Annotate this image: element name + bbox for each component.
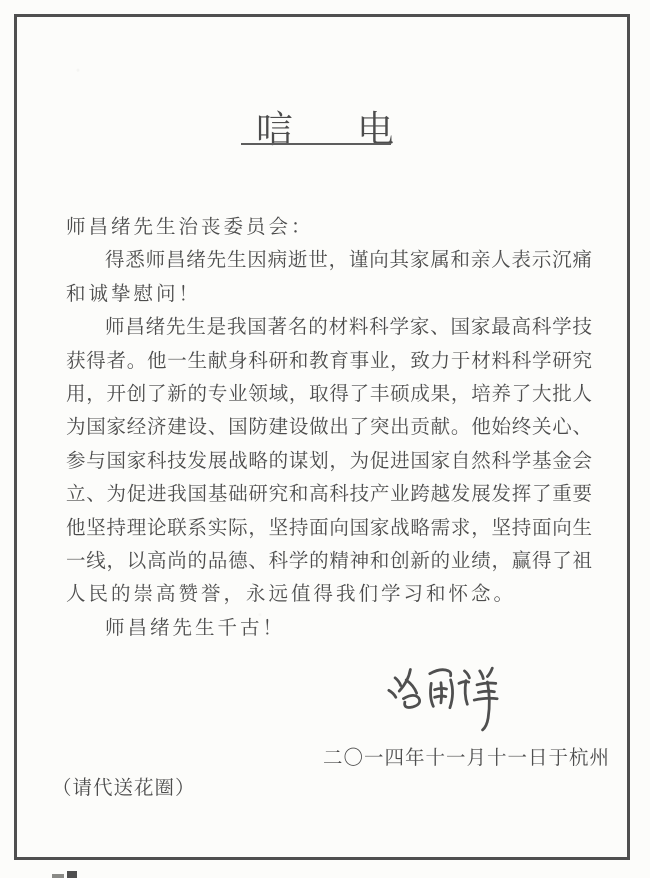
title-underline — [241, 143, 391, 145]
memorial-line: 师昌绪先生千古！ — [66, 612, 592, 645]
body-line: 参与国家科技发展战略的谋划，为促进国家自然科学基金会的创 — [66, 445, 592, 478]
body-line: 人民的崇高赞誉，永远值得我们学习和怀念。 — [66, 578, 592, 611]
body-line: 获得者。他一生献身科研和教育事业，致力于材料科学研究和应 — [66, 345, 592, 378]
wreath-note-line: （请代送花圈） — [52, 772, 196, 800]
scanned-condolence-letter: 唁 电 师昌绪先生治丧委员会： 得悉师昌绪先生因病逝世，谨向其家属和亲人表示沉痛… — [0, 0, 650, 878]
body-line: 为国家经济建设、国防建设做出了突出贡献。他始终关心、积极 — [66, 411, 592, 444]
body-line: 立、为促进我国基础研究和高科技产业跨越发展发挥了重要作用。 — [66, 478, 592, 511]
scan-artifact-mark — [52, 874, 64, 878]
date-line: 二〇一四年十一月十一日于杭州 — [323, 742, 610, 770]
body-line: 师昌绪先生是我国著名的材料科学家、国家最高科学技术奖 — [66, 311, 592, 344]
body-line: 他坚持理论联系实际，坚持面向国家战略需求，坚持面向生产第 — [66, 512, 592, 545]
letter-body: 师昌绪先生治丧委员会： 得悉师昌绪先生因病逝世，谨向其家属和亲人表示沉痛哀悼 和… — [66, 211, 592, 645]
scan-artifact-mark — [67, 871, 77, 878]
signature-handwriting-icon — [384, 661, 502, 735]
body-line: 用，开创了新的专业领域，取得了丰硕成果，培养了大批人才， — [66, 378, 592, 411]
body-line: 和诚挚慰问！ — [66, 278, 592, 311]
salutation-line: 师昌绪先生治丧委员会： — [66, 211, 592, 244]
body-line: 得悉师昌绪先生因病逝世，谨向其家属和亲人表示沉痛哀悼 — [66, 244, 592, 277]
body-line: 一线，以高尚的品德、科学的精神和创新的业绩，赢得了祖国和 — [66, 545, 592, 578]
handwritten-signature — [384, 661, 502, 735]
